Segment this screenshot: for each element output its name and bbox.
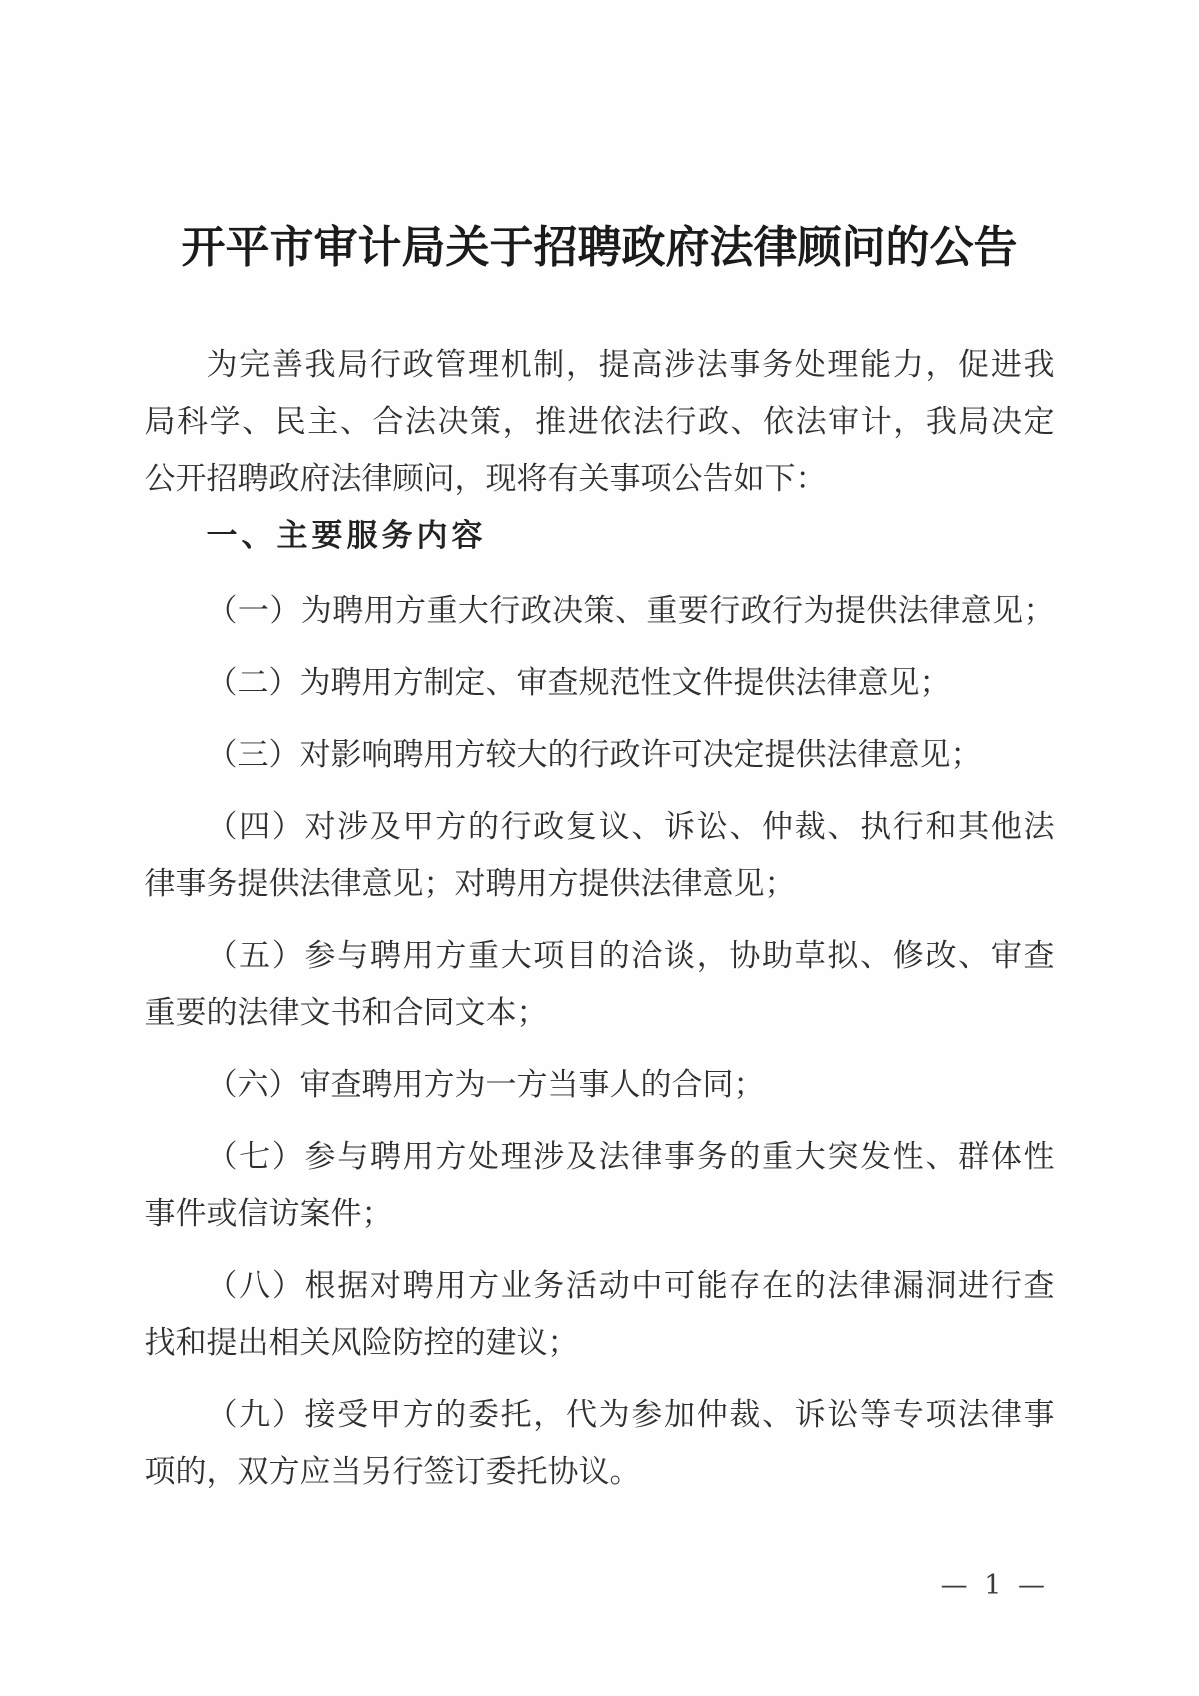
item-line: （二）为聘用方制定、审查规范性文件提供法律意见； <box>145 655 1055 712</box>
item-line: 事件或信访案件； <box>145 1186 1055 1243</box>
item-line: （八）根据对聘用方业务活动中可能存在的法律漏洞进行查 <box>145 1258 1055 1315</box>
item-line: 项的，双方应当另行签订委托协议。 <box>145 1444 1055 1501</box>
item-line: （七）参与聘用方处理涉及法律事务的重大突发性、群体性 <box>145 1129 1055 1186</box>
intro-line-3: 公开招聘政府法律顾问，现将有关事项公告如下： <box>145 451 1055 508</box>
item-line: （三）对影响聘用方较大的行政许可决定提供法律意见； <box>145 727 1055 784</box>
section-heading-text: 一、主要服务内容 <box>145 508 1055 565</box>
document-body: 为完善我局行政管理机制，提高涉法事务处理能力，促进我 局科学、民主、合法决策，推… <box>145 337 1055 1501</box>
item-line: （四）对涉及甲方的行政复议、诉讼、仲裁、执行和其他法 <box>145 799 1055 856</box>
item-line: （六）审查聘用方为一方当事人的合同； <box>145 1057 1055 1114</box>
item-line: （一）为聘用方重大行政决策、重要行政行为提供法律意见； <box>145 583 1055 640</box>
item-line: 律事务提供法律意见；对聘用方提供法律意见； <box>145 856 1055 913</box>
service-item-7: （七）参与聘用方处理涉及法律事务的重大突发性、群体性 事件或信访案件； <box>145 1129 1055 1243</box>
service-item-9: （九）接受甲方的委托，代为参加仲裁、诉讼等专项法律事 项的，双方应当另行签订委托… <box>145 1387 1055 1501</box>
service-item-3: （三）对影响聘用方较大的行政许可决定提供法律意见； <box>145 727 1055 784</box>
item-line: 找和提出相关风险防控的建议； <box>145 1315 1055 1372</box>
intro-paragraph: 为完善我局行政管理机制，提高涉法事务处理能力，促进我 局科学、民主、合法决策，推… <box>145 337 1055 508</box>
page-number: — 1 — <box>941 1570 1049 1602</box>
service-item-6: （六）审查聘用方为一方当事人的合同； <box>145 1057 1055 1114</box>
intro-line-1: 为完善我局行政管理机制，提高涉法事务处理能力，促进我 <box>145 337 1055 394</box>
document-page: 开平市审计局关于招聘政府法律顾问的公告 为完善我局行政管理机制，提高涉法事务处理… <box>0 0 1199 1696</box>
service-item-5: （五）参与聘用方重大项目的洽谈，协助草拟、修改、审查 重要的法律文书和合同文本； <box>145 928 1055 1042</box>
intro-line-2: 局科学、民主、合法决策，推进依法行政、依法审计，我局决定 <box>145 394 1055 451</box>
section-heading: 一、主要服务内容 <box>145 508 1055 565</box>
service-item-8: （八）根据对聘用方业务活动中可能存在的法律漏洞进行查 找和提出相关风险防控的建议… <box>145 1258 1055 1372</box>
item-line: 重要的法律文书和合同文本； <box>145 985 1055 1042</box>
document-title: 开平市审计局关于招聘政府法律顾问的公告 <box>0 222 1199 274</box>
service-item-2: （二）为聘用方制定、审查规范性文件提供法律意见； <box>145 655 1055 712</box>
item-line: （九）接受甲方的委托，代为参加仲裁、诉讼等专项法律事 <box>145 1387 1055 1444</box>
item-line: （五）参与聘用方重大项目的洽谈，协助草拟、修改、审查 <box>145 928 1055 985</box>
service-item-1: （一）为聘用方重大行政决策、重要行政行为提供法律意见； <box>145 583 1055 640</box>
service-item-4: （四）对涉及甲方的行政复议、诉讼、仲裁、执行和其他法 律事务提供法律意见；对聘用… <box>145 799 1055 913</box>
